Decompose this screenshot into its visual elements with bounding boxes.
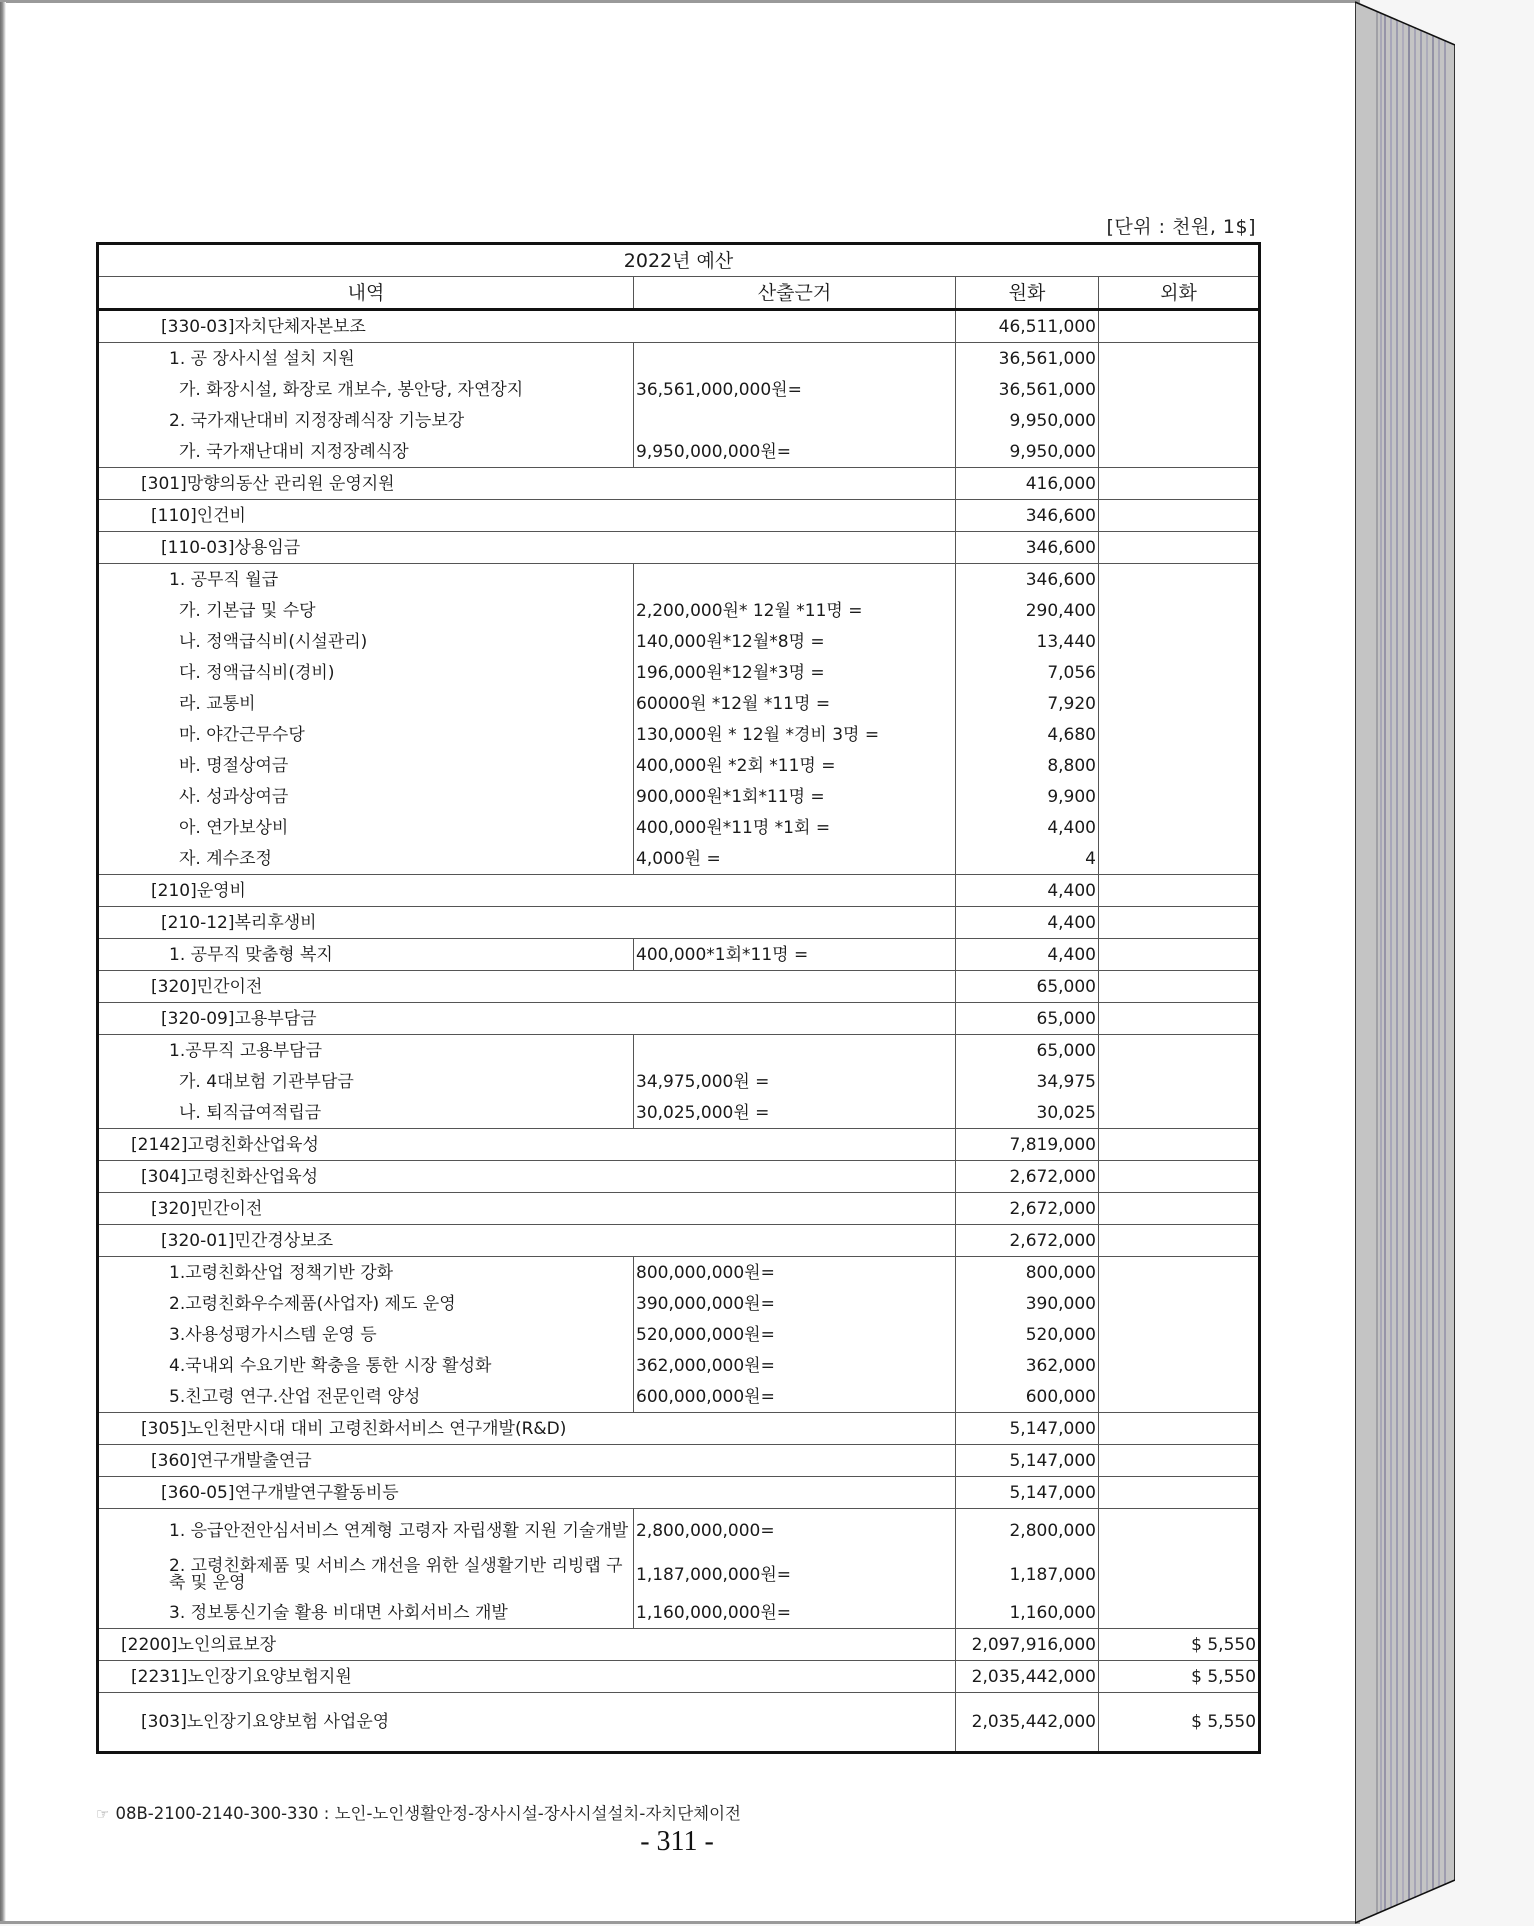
row-fx-amount: [1099, 1003, 1260, 1035]
row-krw-amount: 800,000: [956, 1257, 1099, 1289]
row-item-label: 1. 응급안전안심서비스 연계형 고령자 자립생활 지원 기술개발: [98, 1509, 634, 1554]
table-row: [2200]노인의료보장2,097,916,000$ 5,550: [98, 1629, 1260, 1661]
row-krw-amount: 600,000: [956, 1381, 1099, 1413]
row-item-label: [303]노인장기요양보험 사업운영: [98, 1693, 956, 1753]
row-krw-amount: 7,056: [956, 657, 1099, 688]
table-row: [110-03]상용임금346,600: [98, 532, 1260, 564]
row-item-label: 1.고령친화산업 정책기반 강화: [98, 1257, 634, 1289]
row-item-label: 2. 고령친화제품 및 서비스 개선을 위한 실생활기반 리빙랩 구축 및 운영: [98, 1553, 634, 1597]
table-body: [330-03]자치단체자본보조46,511,0001. 공 장사시설 설치 지…: [98, 310, 1260, 1753]
row-krw-amount: 4,400: [956, 812, 1099, 843]
row-item-label: [210]운영비: [98, 875, 956, 907]
row-fx-amount: [1099, 1509, 1260, 1554]
row-krw-amount: 2,097,916,000: [956, 1629, 1099, 1661]
row-item-label: 사. 성과상여금: [98, 781, 634, 812]
row-krw-amount: 7,819,000: [956, 1129, 1099, 1161]
row-krw-amount: 290,400: [956, 595, 1099, 626]
row-item-label: [304]고령친화산업육성: [98, 1161, 956, 1193]
row-fx-amount: [1099, 1129, 1260, 1161]
row-fx-amount: [1099, 1257, 1260, 1289]
row-krw-amount: 346,600: [956, 564, 1099, 596]
viewer-frame-left: [0, 2, 6, 1924]
row-fx-amount: [1099, 907, 1260, 939]
table-row: 가. 화장시설, 화장로 개보수, 봉안당, 자연장지36,561,000,00…: [98, 374, 1260, 405]
table-row: 나. 퇴직급여적립금30,025,000원 =30,025: [98, 1097, 1260, 1129]
row-fx-amount: [1099, 564, 1260, 596]
row-item-label: [305]노인천만시대 대비 고령친화서비스 연구개발(R&D): [98, 1413, 956, 1445]
table-row: 2. 고령친화제품 및 서비스 개선을 위한 실생활기반 리빙랩 구축 및 운영…: [98, 1553, 1260, 1597]
table-row: [303]노인장기요양보험 사업운영2,035,442,000$ 5,550: [98, 1693, 1260, 1753]
table-row: 3. 정보통신기술 활용 비대면 사회서비스 개발1,160,000,000원=…: [98, 1597, 1260, 1629]
row-item-label: [110-03]상용임금: [98, 532, 956, 564]
column-header-krw: 원화: [956, 277, 1099, 310]
budget-table: 2022년 예산 내역 산출근거 원화 외화 [330-03]자치단체자본보조4…: [96, 242, 1261, 1754]
row-krw-amount: 5,147,000: [956, 1413, 1099, 1445]
row-item-label: 3.사용성평가시스템 운영 등: [98, 1319, 634, 1350]
row-calculation-basis: 36,561,000,000원=: [634, 374, 956, 405]
row-krw-amount: 5,147,000: [956, 1445, 1099, 1477]
row-item-label: 가. 화장시설, 화장로 개보수, 봉안당, 자연장지: [98, 374, 634, 405]
row-krw-amount: 4,400: [956, 939, 1099, 971]
row-item-label: 나. 정액급식비(시설관리): [98, 626, 634, 657]
row-krw-amount: 9,950,000: [956, 436, 1099, 468]
row-krw-amount: 2,035,442,000: [956, 1661, 1099, 1693]
table-row: [360]연구개발출연금5,147,000: [98, 1445, 1260, 1477]
row-calculation-basis: 196,000원*12월*3명 =: [634, 657, 956, 688]
row-fx-amount: [1099, 1597, 1260, 1629]
row-krw-amount: 346,600: [956, 500, 1099, 532]
row-krw-amount: 2,672,000: [956, 1161, 1099, 1193]
row-calculation-basis: 400,000*1회*11명 =: [634, 939, 956, 971]
table-row: 나. 정액급식비(시설관리)140,000원*12월*8명 =13,440: [98, 626, 1260, 657]
row-fx-amount: [1099, 688, 1260, 719]
row-item-label: 4.국내외 수요기반 확충을 통한 시장 활성화: [98, 1350, 634, 1381]
row-calculation-basis: 30,025,000원 =: [634, 1097, 956, 1129]
row-fx-amount: [1099, 1477, 1260, 1509]
table-row: 2. 국가재난대비 지정장례식장 기능보강9,950,000: [98, 405, 1260, 436]
row-fx-amount: [1099, 626, 1260, 657]
row-krw-amount: 65,000: [956, 1003, 1099, 1035]
row-krw-amount: 9,950,000: [956, 405, 1099, 436]
row-krw-amount: 362,000: [956, 1350, 1099, 1381]
row-item-label: [330-03]자치단체자본보조: [98, 310, 956, 343]
row-fx-amount: [1099, 1553, 1260, 1597]
row-item-label: [2142]고령친화산업육성: [98, 1129, 956, 1161]
row-item-label: [320]민간이전: [98, 1193, 956, 1225]
row-krw-amount: 36,561,000: [956, 343, 1099, 375]
row-krw-amount: 65,000: [956, 1035, 1099, 1067]
row-item-label: 가. 기본급 및 수당: [98, 595, 634, 626]
row-krw-amount: 2,672,000: [956, 1225, 1099, 1257]
table-row: 다. 정액급식비(경비)196,000원*12월*3명 =7,056: [98, 657, 1260, 688]
row-krw-amount: 30,025: [956, 1097, 1099, 1129]
row-fx-amount: [1099, 750, 1260, 781]
row-krw-amount: 13,440: [956, 626, 1099, 657]
table-row: 1. 공무직 월급346,600: [98, 564, 1260, 596]
table-row: 라. 교통비60000원 *12월 *11명 =7,920: [98, 688, 1260, 719]
table-row: 아. 연가보상비400,000원*11명 *1회 =4,400: [98, 812, 1260, 843]
row-fx-amount: [1099, 1413, 1260, 1445]
table-row: 가. 4대보험 기관부담금34,975,000원 =34,975: [98, 1066, 1260, 1097]
table-row: [2142]고령친화산업육성7,819,000: [98, 1129, 1260, 1161]
row-fx-amount: [1099, 1225, 1260, 1257]
row-item-label: 2.고령친화우수제품(사업자) 제도 운영: [98, 1288, 634, 1319]
row-item-label: 1. 공무직 맞춤형 복지: [98, 939, 634, 971]
table-row: 1. 공무직 맞춤형 복지400,000*1회*11명 =4,400: [98, 939, 1260, 971]
table-row: [304]고령친화산업육성2,672,000: [98, 1161, 1260, 1193]
row-item-label: 5.친고령 연구.산업 전문인력 양성: [98, 1381, 634, 1413]
row-fx-amount: [1099, 532, 1260, 564]
row-krw-amount: 4,400: [956, 875, 1099, 907]
row-calculation-basis: 130,000원 * 12월 *경비 3명 =: [634, 719, 956, 750]
row-fx-amount: [1099, 374, 1260, 405]
table-row: 1. 공 장사시설 설치 지원36,561,000: [98, 343, 1260, 375]
row-calculation-basis: [634, 343, 956, 375]
row-item-label: 3. 정보통신기술 활용 비대면 사회서비스 개발: [98, 1597, 634, 1629]
table-row: 2.고령친화우수제품(사업자) 제도 운영390,000,000원=390,00…: [98, 1288, 1260, 1319]
table-row: [210-12]복리후생비4,400: [98, 907, 1260, 939]
row-fx-amount: [1099, 468, 1260, 500]
row-fx-amount: [1099, 1066, 1260, 1097]
row-fx-amount: [1099, 1319, 1260, 1350]
row-fx-amount: [1099, 971, 1260, 1003]
row-calculation-basis: [634, 1035, 956, 1067]
row-fx-amount: [1099, 843, 1260, 875]
table-title: 2022년 예산: [98, 244, 1260, 277]
column-header-item: 내역: [98, 277, 634, 310]
row-fx-amount: [1099, 719, 1260, 750]
row-calculation-basis: 400,000원 *2회 *11명 =: [634, 750, 956, 781]
row-fx-amount: $ 5,550: [1099, 1693, 1260, 1753]
row-item-label: 1.공무직 고용부담금: [98, 1035, 634, 1067]
row-fx-amount: [1099, 405, 1260, 436]
row-fx-amount: [1099, 500, 1260, 532]
row-krw-amount: 5,147,000: [956, 1477, 1099, 1509]
table-row: 5.친고령 연구.산업 전문인력 양성600,000,000원=600,000: [98, 1381, 1260, 1413]
row-calculation-basis: 362,000,000원=: [634, 1350, 956, 1381]
row-calculation-basis: 2,200,000원* 12월 *11명 =: [634, 595, 956, 626]
row-fx-amount: [1099, 875, 1260, 907]
row-item-label: [320-01]민간경상보조: [98, 1225, 956, 1257]
row-fx-amount: $ 5,550: [1099, 1661, 1260, 1693]
table-row: 1. 응급안전안심서비스 연계형 고령자 자립생활 지원 기술개발2,800,0…: [98, 1509, 1260, 1554]
row-item-label: 마. 야간근무수당: [98, 719, 634, 750]
row-krw-amount: 2,672,000: [956, 1193, 1099, 1225]
unit-label: [단위 : 천원, 1$]: [1107, 212, 1256, 239]
row-fx-amount: $ 5,550: [1099, 1629, 1260, 1661]
footnote: ☞08B-2100-2140-300-330 : 노인-노인생활안정-장사시설-…: [96, 1800, 741, 1824]
table-row: 바. 명절상여금400,000원 *2회 *11명 =8,800: [98, 750, 1260, 781]
table-row: [301]망향의동산 관리원 운영지원416,000: [98, 468, 1260, 500]
table-row: [305]노인천만시대 대비 고령친화서비스 연구개발(R&D)5,147,00…: [98, 1413, 1260, 1445]
row-krw-amount: 416,000: [956, 468, 1099, 500]
row-item-label: [360]연구개발출연금: [98, 1445, 956, 1477]
pointing-hand-icon: ☞: [96, 1805, 109, 1823]
row-calculation-basis: 60000원 *12월 *11명 =: [634, 688, 956, 719]
row-item-label: [110]인건비: [98, 500, 956, 532]
row-krw-amount: 2,035,442,000: [956, 1693, 1099, 1753]
row-item-label: 가. 국가재난대비 지정장례식장: [98, 436, 634, 468]
row-krw-amount: 4,680: [956, 719, 1099, 750]
table-row: [2231]노인장기요양보험지원2,035,442,000$ 5,550: [98, 1661, 1260, 1693]
row-item-label: [2200]노인의료보장: [98, 1629, 956, 1661]
row-calculation-basis: 9,950,000,000원=: [634, 436, 956, 468]
row-calculation-basis: 1,160,000,000원=: [634, 1597, 956, 1629]
row-fx-amount: [1099, 1161, 1260, 1193]
row-fx-amount: [1099, 436, 1260, 468]
row-krw-amount: 34,975: [956, 1066, 1099, 1097]
table-row: [110]인건비346,600: [98, 500, 1260, 532]
page-stack-edge: [1355, 0, 1455, 1926]
row-calculation-basis: [634, 564, 956, 596]
row-item-label: [301]망향의동산 관리원 운영지원: [98, 468, 956, 500]
row-krw-amount: 9,900: [956, 781, 1099, 812]
row-item-label: 라. 교통비: [98, 688, 634, 719]
row-item-label: 2. 국가재난대비 지정장례식장 기능보강: [98, 405, 634, 436]
row-item-label: [320-09]고용부담금: [98, 1003, 956, 1035]
table-row: 1.고령친화산업 정책기반 강화800,000,000원=800,000: [98, 1257, 1260, 1289]
row-calculation-basis: 390,000,000원=: [634, 1288, 956, 1319]
table-row: [330-03]자치단체자본보조46,511,000: [98, 310, 1260, 343]
row-fx-amount: [1099, 1381, 1260, 1413]
row-fx-amount: [1099, 657, 1260, 688]
row-item-label: [2231]노인장기요양보험지원: [98, 1661, 956, 1693]
viewer-frame-bottom: [0, 1921, 1360, 1924]
row-krw-amount: 1,187,000: [956, 1553, 1099, 1597]
table-row: 가. 기본급 및 수당2,200,000원* 12월 *11명 =290,400: [98, 595, 1260, 626]
row-fx-amount: [1099, 1035, 1260, 1067]
row-item-label: 아. 연가보상비: [98, 812, 634, 843]
table-row: [320]민간이전2,672,000: [98, 1193, 1260, 1225]
row-krw-amount: 4,400: [956, 907, 1099, 939]
column-header-fx: 외화: [1099, 277, 1260, 310]
row-krw-amount: 8,800: [956, 750, 1099, 781]
row-calculation-basis: 600,000,000원=: [634, 1381, 956, 1413]
table-row: 사. 성과상여금900,000원*1회*11명 =9,900: [98, 781, 1260, 812]
row-fx-amount: [1099, 1350, 1260, 1381]
row-krw-amount: 520,000: [956, 1319, 1099, 1350]
row-fx-amount: [1099, 595, 1260, 626]
row-fx-amount: [1099, 1193, 1260, 1225]
row-calculation-basis: 1,187,000,000원=: [634, 1553, 956, 1597]
row-fx-amount: [1099, 310, 1260, 343]
row-krw-amount: 2,800,000: [956, 1509, 1099, 1554]
row-item-label: 가. 4대보험 기관부담금: [98, 1066, 634, 1097]
row-calculation-basis: 140,000원*12월*8명 =: [634, 626, 956, 657]
row-krw-amount: 46,511,000: [956, 310, 1099, 343]
row-item-label: [360-05]연구개발연구활동비등: [98, 1477, 956, 1509]
row-item-label: 1. 공무직 월급: [98, 564, 634, 596]
table-row: [360-05]연구개발연구활동비등5,147,000: [98, 1477, 1260, 1509]
row-item-label: [210-12]복리후생비: [98, 907, 956, 939]
row-fx-amount: [1099, 1097, 1260, 1129]
row-calculation-basis: 900,000원*1회*11명 =: [634, 781, 956, 812]
column-header-basis: 산출근거: [634, 277, 956, 310]
table-row: [210]운영비4,400: [98, 875, 1260, 907]
row-fx-amount: [1099, 1445, 1260, 1477]
row-fx-amount: [1099, 812, 1260, 843]
row-calculation-basis: 520,000,000원=: [634, 1319, 956, 1350]
table-row: [320-01]민간경상보조2,672,000: [98, 1225, 1260, 1257]
row-item-label: 나. 퇴직급여적립금: [98, 1097, 634, 1129]
row-fx-amount: [1099, 939, 1260, 971]
row-fx-amount: [1099, 343, 1260, 375]
row-calculation-basis: 34,975,000원 =: [634, 1066, 956, 1097]
row-fx-amount: [1099, 1288, 1260, 1319]
row-krw-amount: 7,920: [956, 688, 1099, 719]
table-row: 가. 국가재난대비 지정장례식장9,950,000,000원=9,950,000: [98, 436, 1260, 468]
row-item-label: 자. 계수조정: [98, 843, 634, 875]
row-fx-amount: [1099, 781, 1260, 812]
row-item-label: [320]민간이전: [98, 971, 956, 1003]
row-krw-amount: 36,561,000: [956, 374, 1099, 405]
row-calculation-basis: 4,000원 =: [634, 843, 956, 875]
table-row: 3.사용성평가시스템 운영 등520,000,000원=520,000: [98, 1319, 1260, 1350]
table-row: [320-09]고용부담금65,000: [98, 1003, 1260, 1035]
row-krw-amount: 4: [956, 843, 1099, 875]
row-item-label: 바. 명절상여금: [98, 750, 634, 781]
row-krw-amount: 390,000: [956, 1288, 1099, 1319]
row-krw-amount: 65,000: [956, 971, 1099, 1003]
row-calculation-basis: [634, 405, 956, 436]
row-calculation-basis: 2,800,000,000=: [634, 1509, 956, 1554]
footnote-text: 08B-2100-2140-300-330 : 노인-노인생활안정-장사시설-장…: [115, 1804, 741, 1823]
row-krw-amount: 1,160,000: [956, 1597, 1099, 1629]
row-item-label: 1. 공 장사시설 설치 지원: [98, 343, 634, 375]
row-krw-amount: 346,600: [956, 532, 1099, 564]
table-row: 마. 야간근무수당130,000원 * 12월 *경비 3명 =4,680: [98, 719, 1260, 750]
row-calculation-basis: 800,000,000원=: [634, 1257, 956, 1289]
row-item-label: 다. 정액급식비(경비): [98, 657, 634, 688]
page-number: - 311 -: [0, 1826, 1354, 1858]
table-row: 자. 계수조정4,000원 =4: [98, 843, 1260, 875]
table-row: 4.국내외 수요기반 확충을 통한 시장 활성화362,000,000원=362…: [98, 1350, 1260, 1381]
table-row: 1.공무직 고용부담금65,000: [98, 1035, 1260, 1067]
row-calculation-basis: 400,000원*11명 *1회 =: [634, 812, 956, 843]
table-row: [320]민간이전65,000: [98, 971, 1260, 1003]
